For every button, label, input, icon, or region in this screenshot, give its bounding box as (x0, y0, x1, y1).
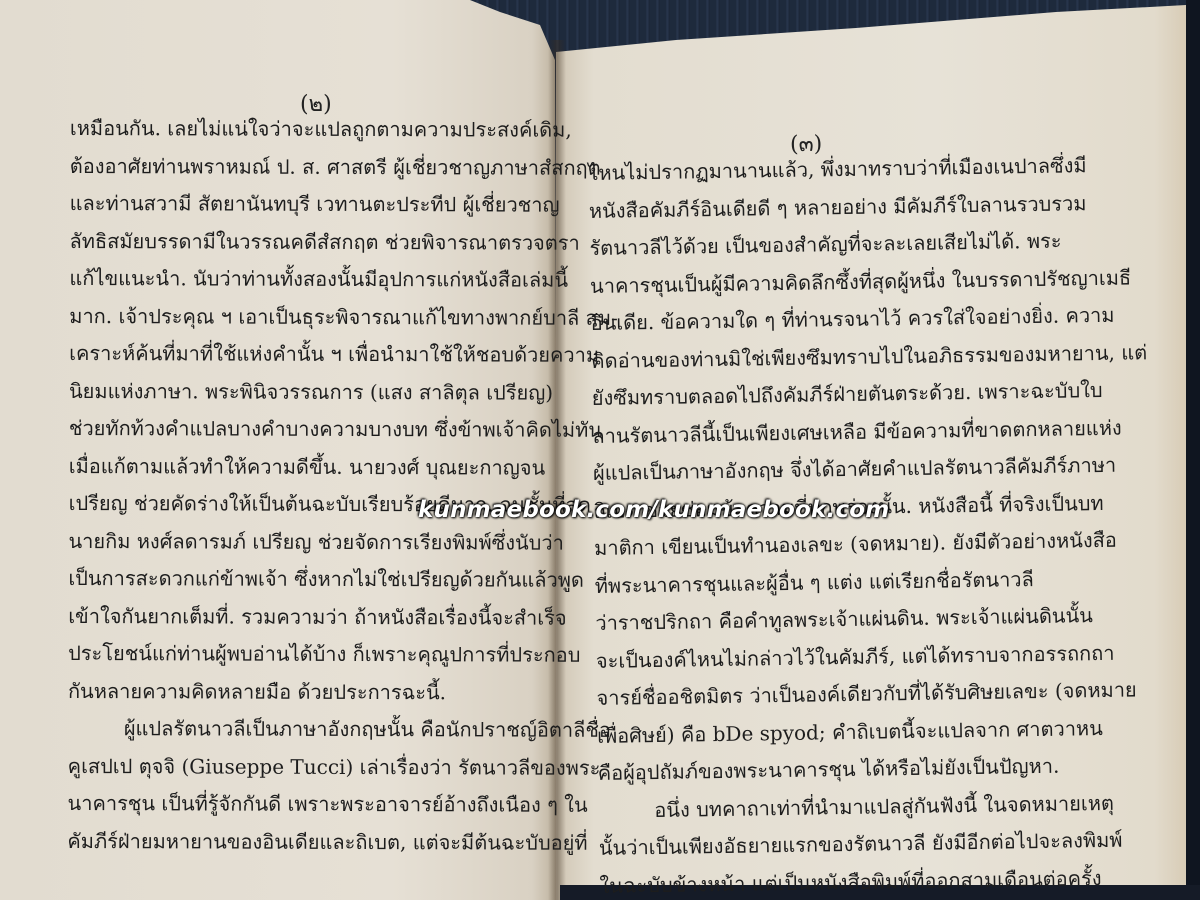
text-line: เหมือนกัน. เลยไม่แน่ใจว่าจะแปลถูกตามความ… (70, 110, 540, 149)
text-line: ในฉะบับข้างหน้า แต่เป็นหนังสือพิมพ์ที่ออ… (599, 861, 1032, 900)
text-line: ยังซึมทราบตลอดไปถึงคัมภีร์ฝ่ายตันตระด้วย… (592, 373, 1025, 417)
text-line: อินเดีย. ข้อความใด ๆ ที่ท่านรจนาไว้ ควรใ… (590, 298, 1023, 342)
text-line: มาติกา เขียนเป็นทำนองเลขะ (จดหมาย). ยังม… (594, 523, 1027, 567)
right-page-body: ไหนไม่ปรากฏมานานแล้ว, พึ่งมาทราบว่าที่เม… (588, 148, 1032, 900)
text-line: เมื่อแก้ตามแล้วทำให้ความดีขึ้น. นายวงศ์ … (69, 447, 539, 486)
text-line: คูเสปเป ตุจจิ (Giuseppe Tucci) เล่าเรื่อ… (68, 747, 538, 786)
text-line: รัตนาวลีไว้ด้วย เป็นของสำคัญที่จะละเลยเส… (589, 223, 1022, 267)
watermark: kunmaebook.com/kunmaebook.com (418, 497, 889, 523)
text-line: คือผู้อุปถัมภ์ของพระนาคารชุน ได้หรือไม่ย… (597, 748, 1030, 792)
text-line: ประโยชน์แก่ท่านผู้พบอ่านได้บ้าง ก็เพราะค… (68, 635, 538, 674)
text-line: แก้ไขแนะนำ. นับว่าท่านทั้งสองนั้นมีอุปกา… (69, 260, 539, 299)
text-line: เข้าใจกันยากเต็มที่. รวมความว่า ถ้าหนังส… (68, 597, 538, 636)
text-line: ไหนไม่ปรากฏมานานแล้ว, พึ่งมาทราบว่าที่เม… (588, 148, 1021, 192)
left-page-body: เหมือนกัน. เลยไม่แน่ใจว่าจะแปลถูกตามความ… (67, 110, 540, 862)
text-line: มาก. เจ้าประคุณ ฯ เอาเป็นธุระพิจารณาแก้ไ… (69, 297, 539, 336)
text-line: คัมภีร์ฝ่ายมหายานของอินเดียและถิเบต, แต่… (67, 822, 537, 861)
text-line: นิยมแห่งภาษา. พระพินิจวรรณการ (แสง สาลิต… (69, 372, 539, 411)
text-line: นาคารชุน เป็นที่รู้จักกันดี เพราะพระอาจา… (68, 785, 538, 824)
text-line: ผู้แปลเป็นภาษาอังกฤษ จึ่งได้อาศัยคำแปลรั… (593, 448, 1026, 492)
text-line: เคราะห์ค้นที่มาที่ใช้แห่งคำนั้น ฯ เพื่อน… (69, 335, 539, 374)
text-line: เป็นการสะดวกแก่ข้าพเจ้า ซึ่งหากไม่ใช่เปร… (68, 560, 538, 599)
text-line: และท่านสวามี สัตยานันทบุรี เวทานตะประทีป… (70, 185, 540, 224)
text-line: กันหลายความคิดหลายมือ ด้วยประการฉะนี้. (68, 672, 538, 711)
text-line: ลัทธิสมัยบรรดามีในวรรณคดีสํสกฤต ช่วยพิจา… (69, 222, 539, 261)
text-line: นั้นว่าเป็นเพียงอัธยายแรกของรัตนาวลี ยัง… (599, 823, 1032, 867)
text-line: จารย์ชื่ออชิตมิตร ว่าเป็นองค์เดียวกับที่… (596, 673, 1029, 717)
right-edge-shadow (1186, 0, 1200, 900)
text-line: ต้องอาศัยท่านพราหมณ์ ป. ส. ศาสตรี ผู้เชี… (70, 147, 540, 186)
text-line: นายกิม หงศ์ลดารมภ์ เปรียญ ช่วยจัดการเรีย… (68, 522, 538, 561)
text-line: ว่าราชปริกถา คือคำทูลพระเจ้าแผ่นดิน. พระ… (595, 598, 1028, 642)
text-line: ผู้แปลรัตนาวลีเป็นภาษาอังกฤษนั้น คือนักป… (68, 710, 538, 749)
text-line: ช่วยทักท้วงคำแปลบางคำบางความบางบท ซึ่งข้… (69, 410, 539, 449)
